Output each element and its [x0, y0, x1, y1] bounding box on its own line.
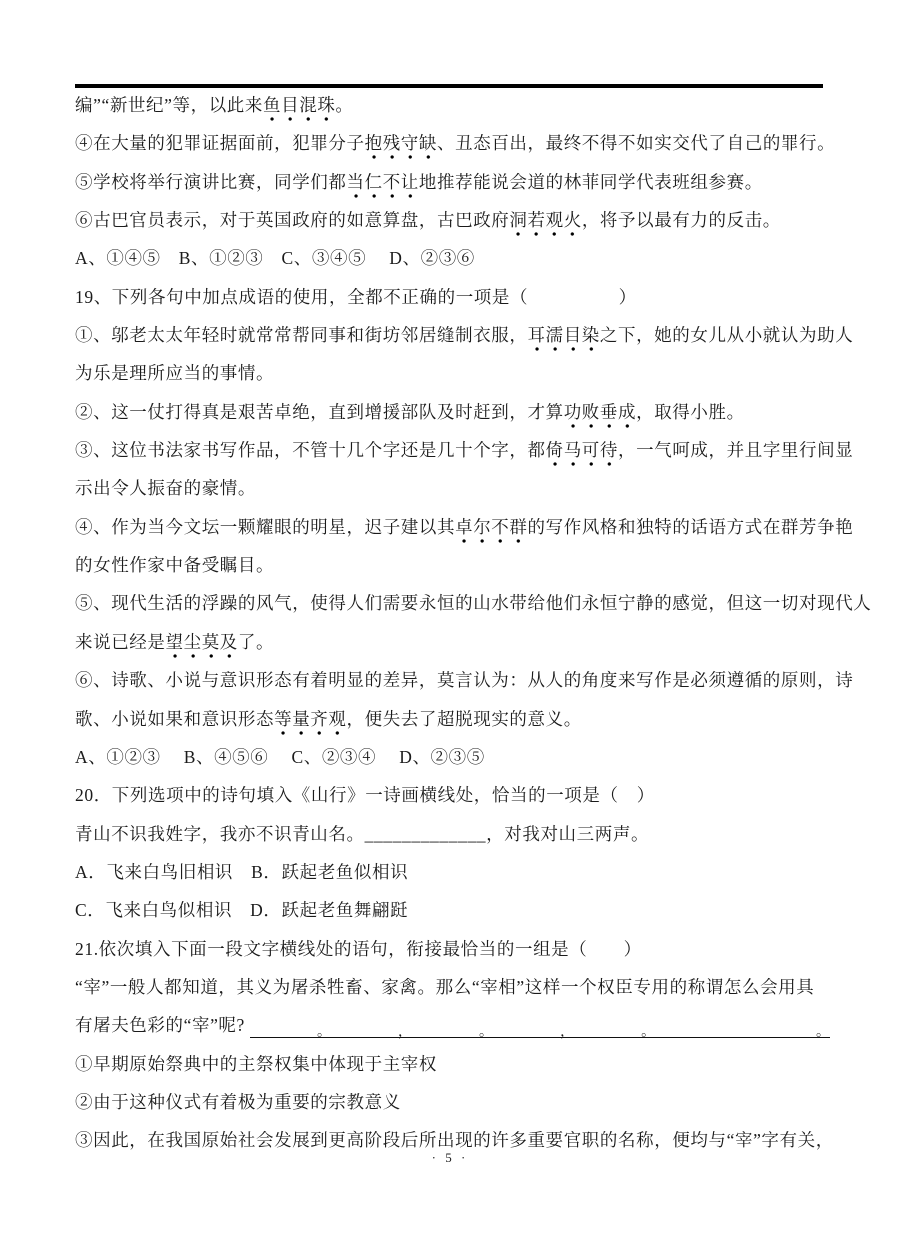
line-text: ⑤、现代生活的浮躁的风气，使得人们需要永恒的山水带给他们永恒宁静的感觉，但这一切…	[75, 593, 871, 613]
line-text: ②由于这种仪式有着极为重要的宗教意义	[75, 1092, 401, 1112]
document-line: ②、这一仗打得真是艰苦卓绝，直到增援部队及时赶到，才算功败垂成，取得小胜。	[75, 393, 830, 431]
document-line: 歌、小说如果和意识形态等量齐观，便失去了超脱现实的意义。	[75, 700, 830, 738]
document-body: 编”“新世纪”等，以此来鱼目混珠。④在大量的犯罪证据面前，犯罪分子抱残守缺、丑态…	[75, 86, 830, 1160]
document-line: ④、作为当今文坛一颗耀眼的明星，迟子建以其卓尔不群的写作风格和独特的话语方式在群…	[75, 508, 830, 546]
line-text: ，一气呵成，并且字里行间显	[618, 440, 853, 460]
blank-punctuation: 。	[317, 1026, 331, 1040]
line-text: 来说已经是	[75, 632, 166, 652]
document-line: ①早期原始祭典中的主祭权集中体现于主宰权	[75, 1045, 830, 1083]
line-text: C．飞来白鸟似相识 D．跃起老鱼舞翩跹	[75, 900, 408, 920]
document-line: C．飞来白鸟似相识 D．跃起老鱼舞翩跹	[75, 891, 830, 929]
document-line: ④在大量的犯罪证据面前，犯罪分子抱残守缺、丑态百出，最终不得不如实交代了自己的罪…	[75, 124, 830, 162]
blank-punctuation: 。	[641, 1026, 655, 1040]
document-line: 来说已经是望尘莫及了。	[75, 623, 830, 661]
emphasized-idiom: 卓尔不群	[455, 517, 527, 544]
document-line: ③、这位书法家书写作品，不管十几个字还是几十个字，都倚马可待，一气呵成，并且字里…	[75, 431, 830, 469]
line-text: ②、这一仗打得真是艰苦卓绝，直到增援部队及时赶到，才算	[75, 402, 564, 422]
line-text: ⑤学校将举行演讲比赛，同学们都	[75, 172, 347, 192]
emphasized-idiom: 功败垂成	[564, 402, 636, 429]
line-text: ③因此，在我国原始社会发展到更高阶段后所出现的许多重要官职的名称，便均与“宰”字…	[75, 1130, 834, 1150]
line-text: ⑥古巴官员表示，对于英国政府的如意算盘，古巴政府	[75, 210, 509, 230]
document-line: 为乐是理所应当的事情。	[75, 354, 830, 392]
document-line: 的女性作家中备受瞩目。	[75, 546, 830, 584]
line-text: ①、邬老太太年轻时就常常帮同事和街坊邻居缝制衣服，	[75, 325, 528, 345]
document-line: 19、下列各句中加点成语的使用，全都不正确的一项是（ ）	[75, 278, 830, 316]
emphasized-idiom: 鱼目混珠	[263, 95, 335, 122]
line-text: 编”“新世纪”等，以此来	[75, 95, 263, 115]
page-number: · 5 ·	[432, 1150, 469, 1165]
blank-punctuation: 。	[479, 1026, 493, 1040]
document-line: ⑥、诗歌、小说与意识形态有着明显的差异，莫言认为：从人的角度来写作是必须遵循的原…	[75, 661, 830, 699]
line-text: ⑥、诗歌、小说与意识形态有着明显的差异，莫言认为：从人的角度来写作是必须遵循的原…	[75, 670, 853, 690]
document-line: ②由于这种仪式有着极为重要的宗教意义	[75, 1083, 830, 1121]
line-text: 歌、小说如果和意识形态	[75, 709, 274, 729]
blank-punctuation: 。	[816, 1026, 830, 1040]
emphasized-idiom: 倚马可待	[546, 440, 618, 467]
line-text: 之下，她的女儿从小就认为助人	[600, 325, 853, 345]
line-text: A、①②③ B、④⑤⑥ C、②③④ D、②③⑤	[75, 747, 485, 767]
line-text: ①早期原始祭典中的主祭权集中体现于主宰权	[75, 1054, 437, 1074]
document-line: 青山不识我姓字，我亦不识青山名。_____________，对我对山三两声。	[75, 815, 830, 853]
line-text: 为乐是理所应当的事情。	[75, 363, 274, 383]
line-text: 示出令人振奋的豪情。	[75, 478, 256, 498]
line-text: 有屠夫色彩的“宰”呢?	[75, 1006, 250, 1044]
line-text: 的写作风格和独特的话语方式在群芳争艳	[528, 517, 854, 537]
line-text: ③、这位书法家书写作品，不管十几个字还是几十个字，都	[75, 440, 546, 460]
emphasized-idiom: 等量齐观	[274, 709, 346, 736]
line-text: 21.依次填入下面一段文字横线处的语句，衔接最恰当的一组是（ ）	[75, 939, 642, 959]
document-line: 有屠夫色彩的“宰”呢? 。，。，。。	[75, 1006, 830, 1044]
exam-paper-page: 编”“新世纪”等，以此来鱼目混珠。④在大量的犯罪证据面前，犯罪分子抱残守缺、丑态…	[0, 0, 900, 1246]
line-text: A．飞来白鸟旧相识 B．跃起老鱼似相识	[75, 862, 408, 882]
emphasized-idiom: 耳濡目染	[528, 325, 600, 352]
document-line: ⑤学校将举行演讲比赛，同学们都当仁不让地推荐能说会道的林菲同学代表班组参赛。	[75, 163, 830, 201]
blank-punctuation: ，	[398, 1026, 412, 1040]
document-line: A、①②③ B、④⑤⑥ C、②③④ D、②③⑤	[75, 738, 830, 776]
line-text: ，将予以最有力的反击。	[582, 210, 781, 230]
line-text: ④在大量的犯罪证据面前，犯罪分子	[75, 133, 365, 153]
answer-blank-line: 。，。，。。	[250, 1006, 830, 1037]
line-text: ④、作为当今文坛一颗耀眼的明星，迟子建以其	[75, 517, 455, 537]
line-text: 了。	[238, 632, 274, 652]
line-text: A、①④⑤ B、①②③ C、③④⑤ D、②③⑥	[75, 248, 475, 268]
document-line: A、①④⑤ B、①②③ C、③④⑤ D、②③⑥	[75, 239, 830, 277]
blank-punctuation: ，	[560, 1026, 574, 1040]
document-line: “宰”一般人都知道，其义为屠杀牲畜、家禽。那么“宰相”这样一个权臣专用的称谓怎么…	[75, 968, 830, 1006]
line-text: “宰”一般人都知道，其义为屠杀牲畜、家禽。那么“宰相”这样一个权臣专用的称谓怎么…	[75, 977, 814, 997]
document-line: 示出令人振奋的豪情。	[75, 469, 830, 507]
emphasized-idiom: 洞若观火	[509, 210, 581, 237]
document-line: ⑥古巴官员表示，对于英国政府的如意算盘，古巴政府洞若观火，将予以最有力的反击。	[75, 201, 830, 239]
line-text: 青山不识我姓字，我亦不识青山名。_____________，对我对山三两声。	[75, 824, 649, 844]
document-line: A．飞来白鸟旧相识 B．跃起老鱼似相识	[75, 853, 830, 891]
document-line: 20．下列选项中的诗句填入《山行》一诗画横线处，恰当的一项是（ ）	[75, 776, 830, 814]
emphasized-idiom: 望尘莫及	[166, 632, 238, 659]
line-text: 19、下列各句中加点成语的使用，全都不正确的一项是（ ）	[75, 287, 637, 307]
page-footer: · 5 ·	[0, 1150, 900, 1174]
line-text: 。	[335, 95, 353, 115]
emphasized-idiom: 抱残守缺	[365, 133, 437, 160]
document-line: 21.依次填入下面一段文字横线处的语句，衔接最恰当的一组是（ ）	[75, 930, 830, 968]
line-text: ，便失去了超脱现实的意义。	[347, 709, 582, 729]
line-text: 、丑态百出，最终不得不如实交代了自己的罪行。	[437, 133, 835, 153]
line-text: 20．下列选项中的诗句填入《山行》一诗画横线处，恰当的一项是（ ）	[75, 785, 655, 805]
line-text: 的女性作家中备受瞩目。	[75, 555, 274, 575]
document-line: 编”“新世纪”等，以此来鱼目混珠。	[75, 86, 830, 124]
document-line: ⑤、现代生活的浮躁的风气，使得人们需要永恒的山水带给他们永恒宁静的感觉，但这一切…	[75, 584, 830, 622]
line-text: 地推荐能说会道的林菲同学代表班组参赛。	[419, 172, 763, 192]
emphasized-idiom: 当仁不让	[347, 172, 419, 199]
line-text: ，取得小胜。	[636, 402, 745, 422]
document-line: ①、邬老太太年轻时就常常帮同事和街坊邻居缝制衣服，耳濡目染之下，她的女儿从小就认…	[75, 316, 830, 354]
